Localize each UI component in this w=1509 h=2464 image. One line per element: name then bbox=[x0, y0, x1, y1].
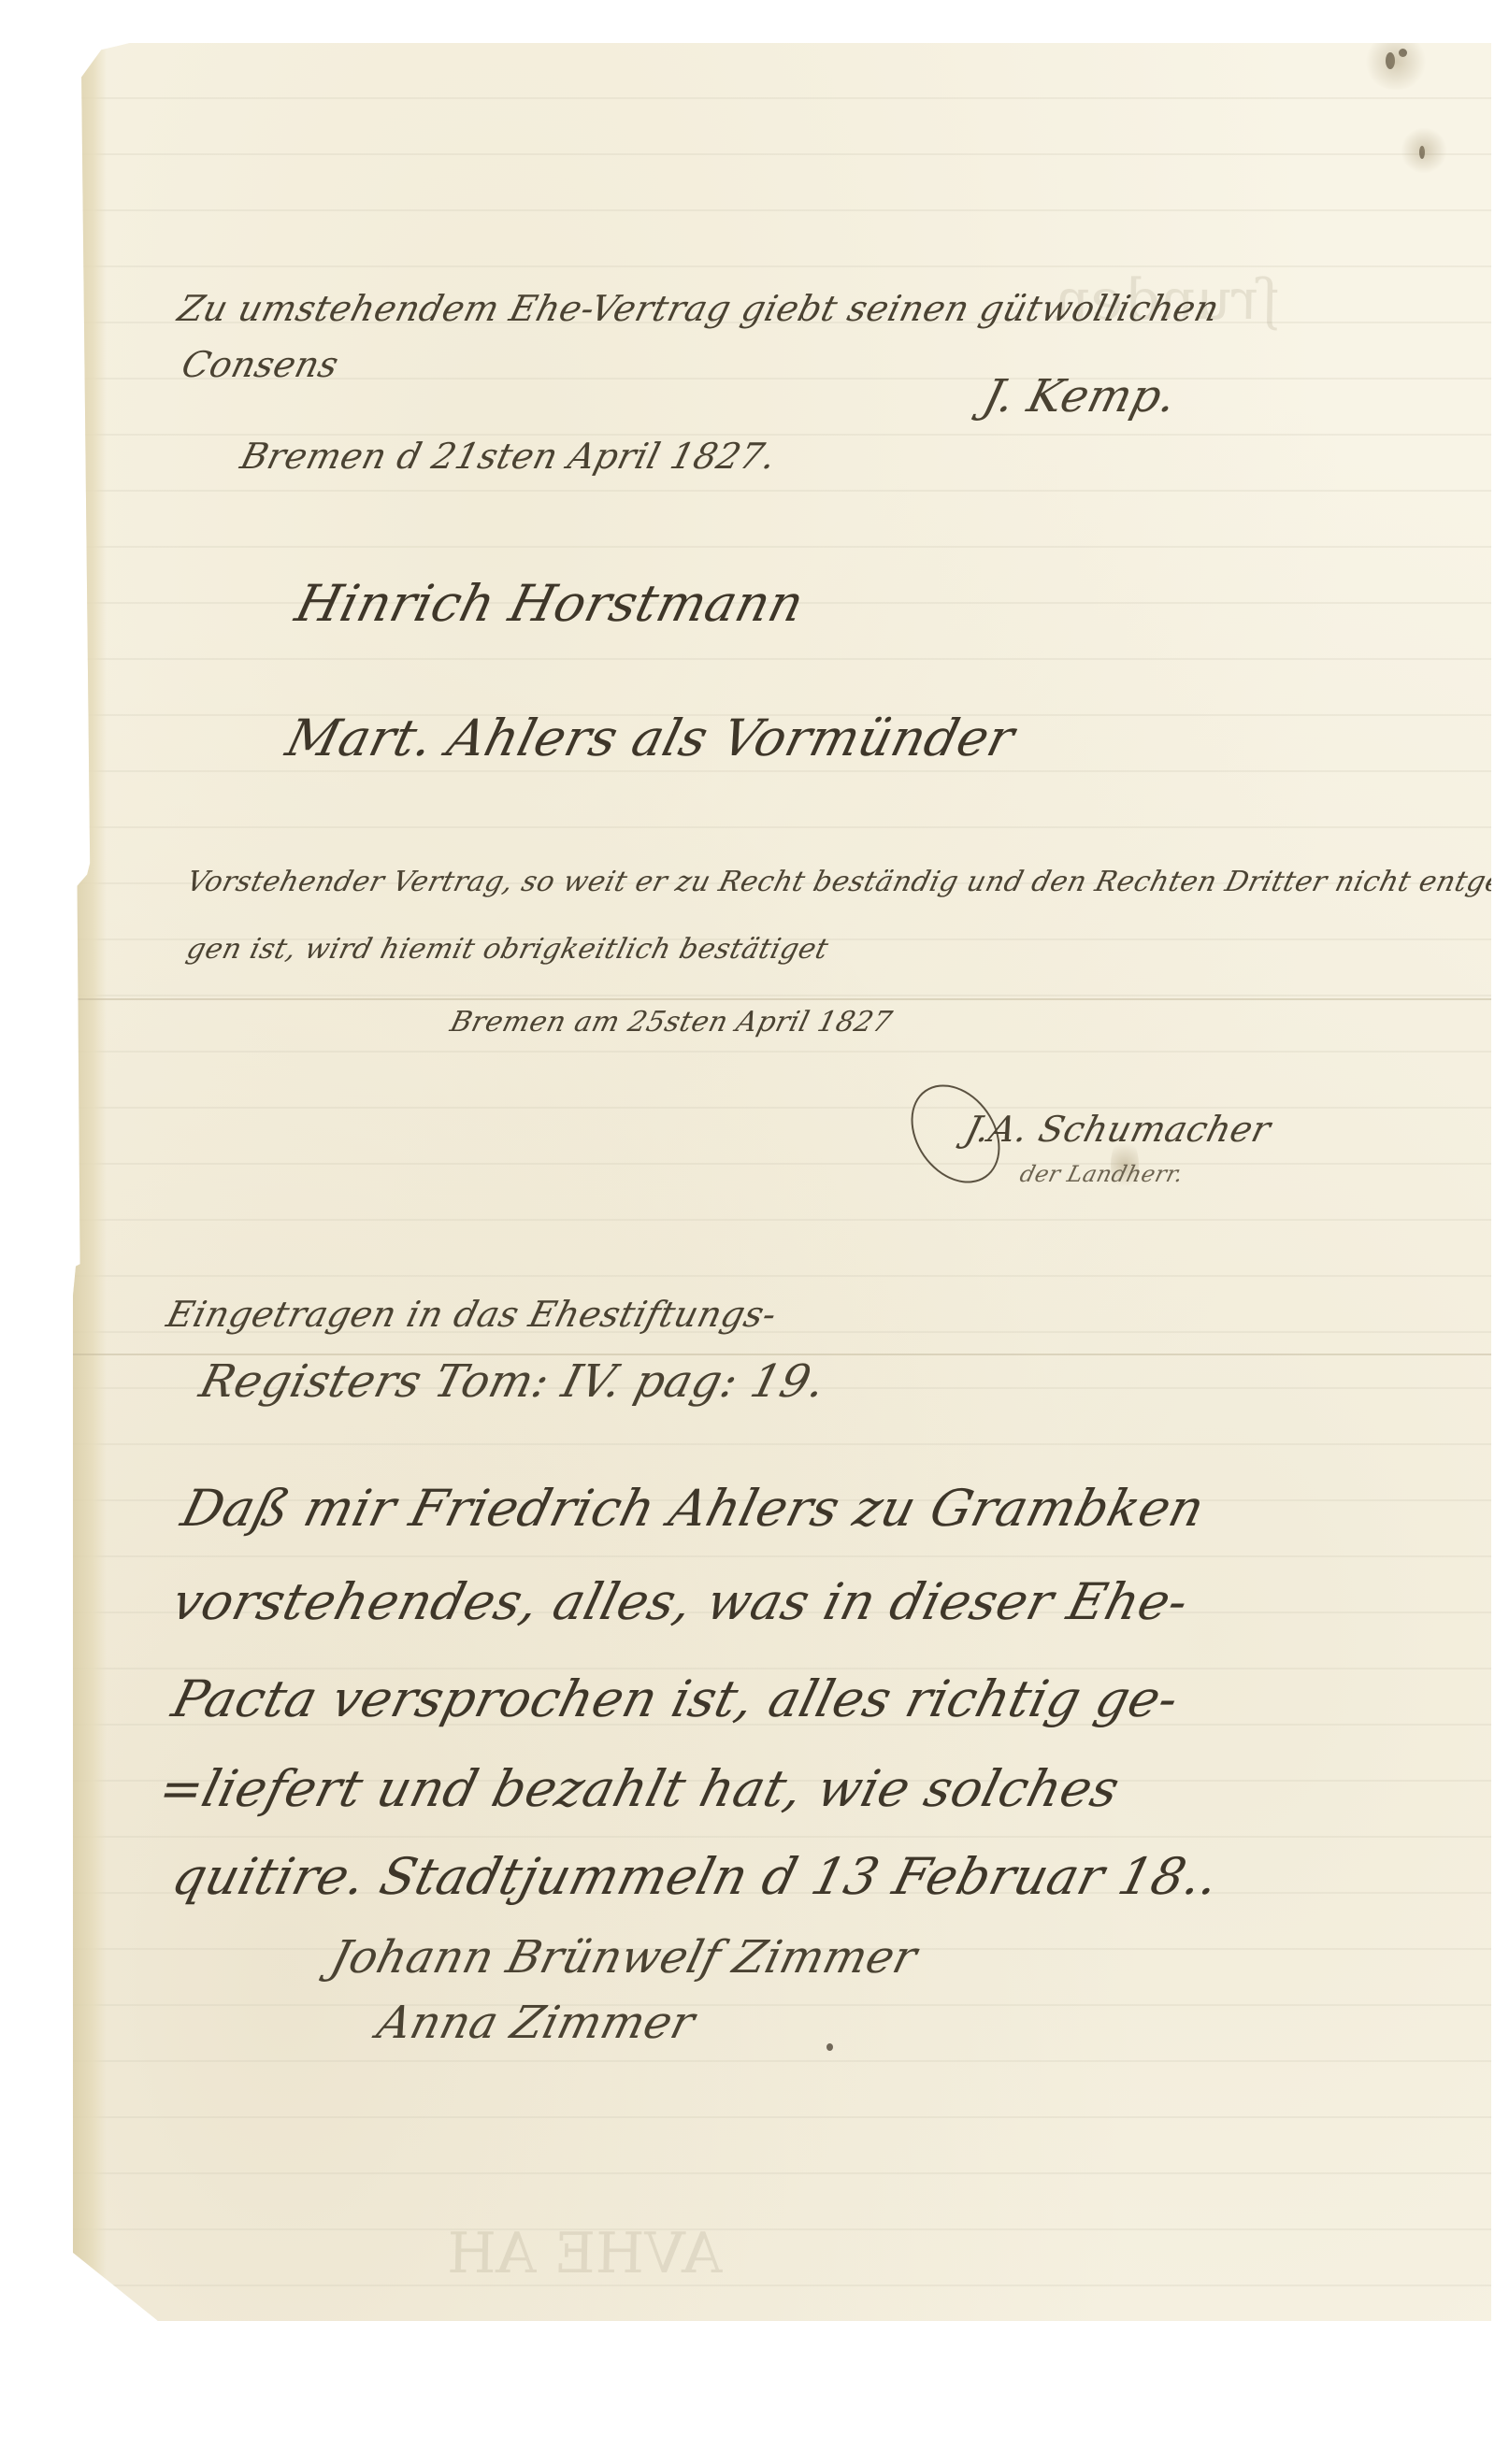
confirmation-line-2: gen ist, wird hiemit obrigkeitlich bestä… bbox=[183, 933, 832, 966]
ink-dot bbox=[826, 2043, 833, 2051]
bleed-through-text: AVHE AH bbox=[440, 2221, 729, 2286]
official-title: der Landherr. bbox=[1017, 1161, 1186, 1187]
official-signature: J.A. Schumacher bbox=[961, 1109, 1275, 1150]
receipt-line-3: Pacta versprochen ist, alles richtig ge- bbox=[166, 1669, 1185, 1728]
confirmation-place-date: Bremen am 25sten April 1827 bbox=[447, 1006, 896, 1039]
document-page: ſrunden AVHE AH Zu umstehendem Ehe-Vertr… bbox=[73, 43, 1491, 2321]
fold-line bbox=[73, 998, 1491, 1000]
consent-signature: J. Kemp. bbox=[978, 370, 1182, 423]
receipt-line-5: quitire. Stadtjummeln d 13 Februar 18.. bbox=[166, 1847, 1226, 1906]
party-name-2: Mart. Ahlers als Vormünder bbox=[280, 709, 1021, 767]
consent-place-date: Bremen d 21sten April 1827. bbox=[237, 436, 781, 477]
receipt-signature-2: Anna Zimmer bbox=[372, 1997, 700, 2049]
receipt-line-4: =liefert und bezahlt hat, wie solches bbox=[153, 1759, 1126, 1818]
left-binding-edge bbox=[73, 43, 107, 2321]
receipt-signature-1: Johann Brünwelf Zimmer bbox=[325, 1931, 923, 1984]
receipt-line-2: vorstehendes, alles, was in dieser Ehe- bbox=[166, 1572, 1195, 1631]
confirmation-line-1: Vorstehender Vertrag, so weit er zu Rech… bbox=[183, 866, 1509, 898]
consent-line-2: Consens bbox=[178, 344, 343, 385]
stain bbox=[1401, 127, 1447, 174]
consent-line-1: Zu umstehendem Ehe-Vertrag giebt seinen … bbox=[174, 288, 1224, 329]
receipt-line-1: Daß mir Friedrich Ahlers zu Grambken bbox=[176, 1479, 1211, 1538]
register-line-2: Registers Tom: IV. pag: 19. bbox=[194, 1355, 831, 1408]
stain bbox=[1363, 34, 1429, 90]
party-name-1: Hinrich Horstmann bbox=[290, 574, 810, 633]
register-line-1: Eingetragen in das Ehestiftungs- bbox=[163, 1294, 781, 1335]
